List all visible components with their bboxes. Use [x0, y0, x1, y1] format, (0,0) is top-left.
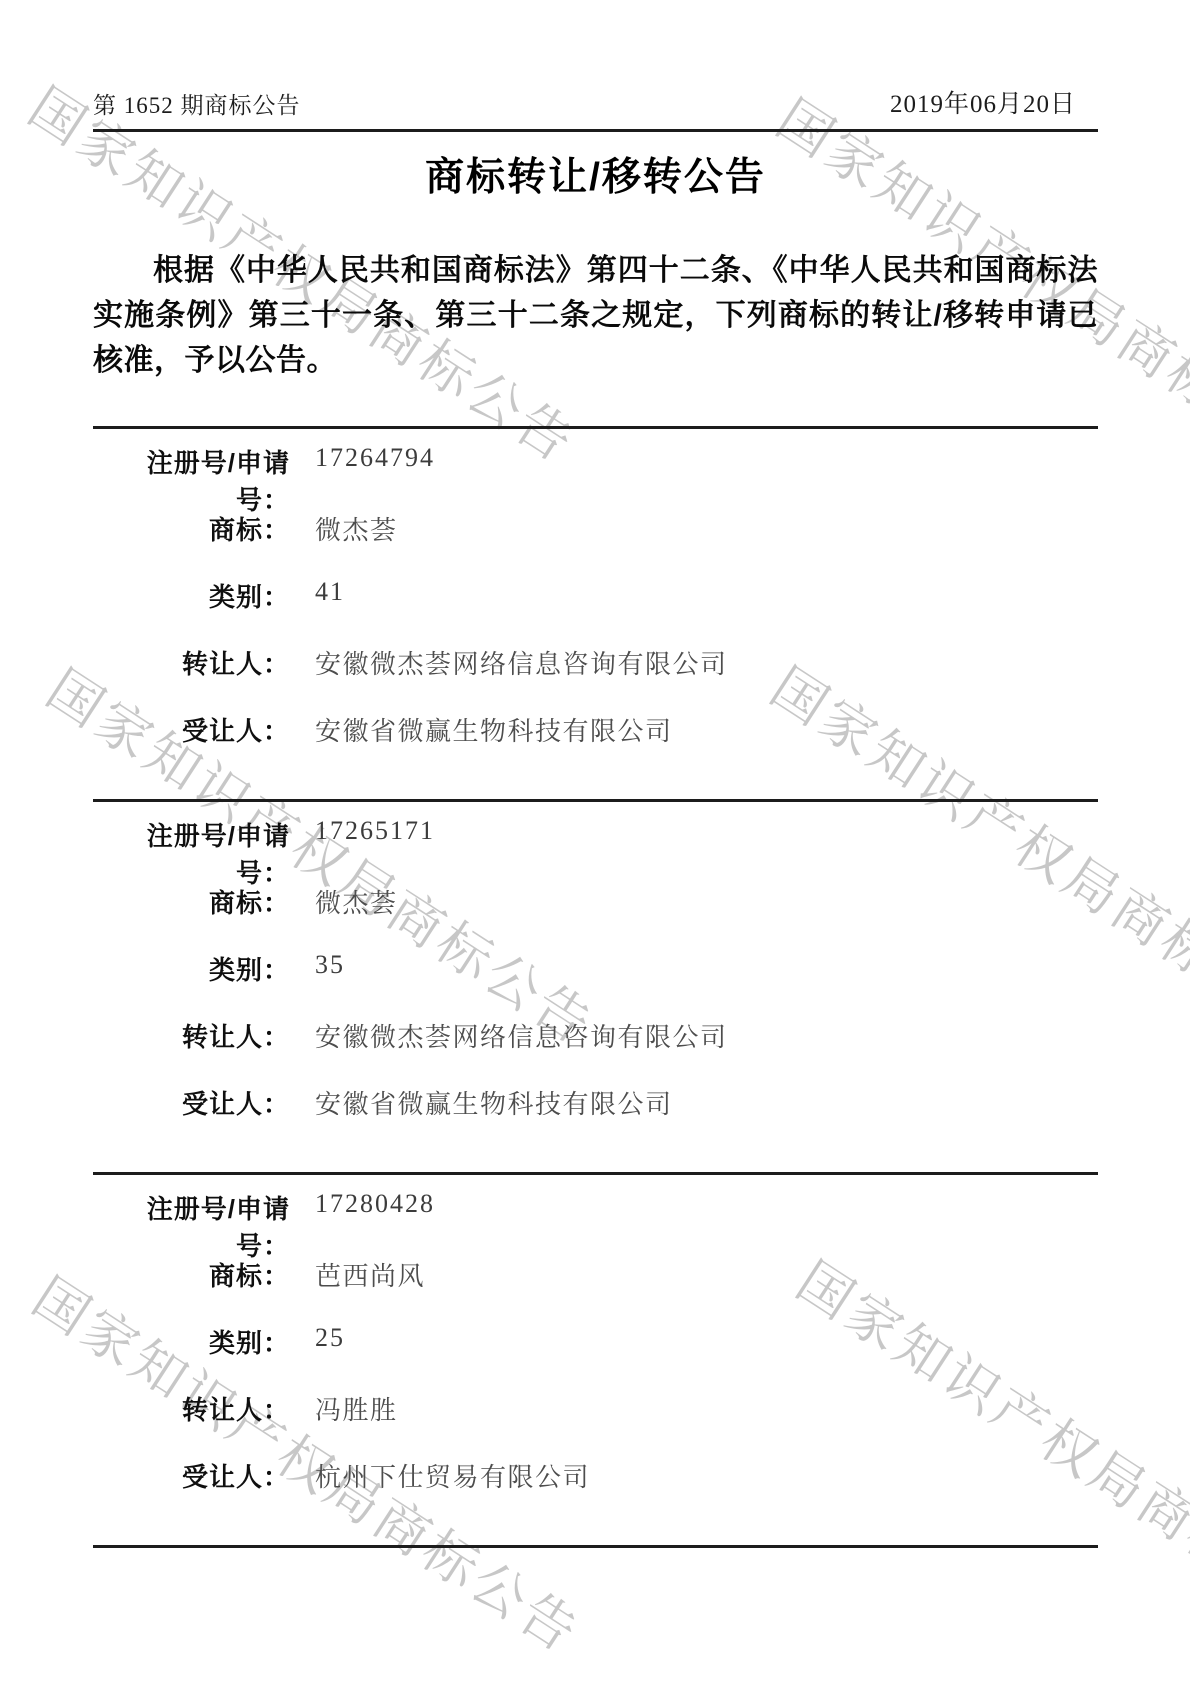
field-label: 受让人： [93, 711, 290, 748]
field-label: 类别： [93, 950, 290, 987]
field-row-reg-no: 注册号/申请号： 17265171 [93, 816, 1098, 883]
page-header: 第 1652 期商标公告 2019年06月20日 [93, 0, 1098, 120]
field-row-class: 类别： 35 [93, 950, 1098, 1017]
page-content: 第 1652 期商标公告 2019年06月20日 商标转让/移转公告 根据《中华… [0, 0, 1190, 1548]
issue-number: 第 1652 期商标公告 [93, 87, 301, 120]
field-label: 商标： [93, 1256, 290, 1293]
field-label: 注册号/申请号： [93, 443, 290, 517]
field-label: 类别： [93, 1323, 290, 1360]
field-label: 商标： [93, 883, 290, 920]
field-value-assignee: 安徽省微赢生物科技有限公司 [315, 711, 673, 748]
field-row-class: 类别： 41 [93, 577, 1098, 644]
field-row-reg-no: 注册号/申请号： 17264794 [93, 443, 1098, 510]
field-value-reg-no: 17265171 [315, 816, 435, 846]
field-row-assignor: 转让人： 安徽微杰荟网络信息咨询有限公司 [93, 644, 1098, 711]
field-row-assignor: 转让人： 安徽微杰荟网络信息咨询有限公司 [93, 1017, 1098, 1084]
publication-date: 2019年06月20日 [890, 84, 1098, 120]
intro-paragraph: 根据《中华人民共和国商标法》第四十二条、《中华人民共和国商标法实施条例》第三十一… [93, 248, 1098, 383]
field-label: 受让人： [93, 1084, 290, 1121]
field-row-assignee: 受让人： 安徽省微赢生物科技有限公司 [93, 1084, 1098, 1151]
field-value-class: 35 [315, 950, 345, 980]
field-row-reg-no: 注册号/申请号： 17280428 [93, 1189, 1098, 1256]
field-label: 商标： [93, 510, 290, 547]
field-value-trademark: 微杰荟 [315, 510, 398, 547]
field-value-assignee: 安徽省微赢生物科技有限公司 [315, 1084, 673, 1121]
field-value-class: 25 [315, 1323, 345, 1353]
field-label: 转让人： [93, 1017, 290, 1054]
trademark-record: 注册号/申请号： 17264794 商标： 微杰荟 类别： 41 转让人： 安徽… [93, 426, 1098, 799]
field-value-reg-no: 17280428 [315, 1189, 435, 1219]
field-value-assignor: 冯胜胜 [315, 1390, 398, 1427]
field-value-assignee: 杭州下仕贸易有限公司 [315, 1457, 590, 1494]
field-value-trademark: 芭西尚风 [315, 1256, 425, 1293]
field-label: 注册号/申请号： [93, 1189, 290, 1263]
trademark-record: 注册号/申请号： 17280428 商标： 芭西尚风 类别： 25 转让人： 冯… [93, 1172, 1098, 1545]
field-row-class: 类别： 25 [93, 1323, 1098, 1390]
field-row-trademark: 商标： 微杰荟 [93, 510, 1098, 577]
field-label: 类别： [93, 577, 290, 614]
field-value-trademark: 微杰荟 [315, 883, 398, 920]
gazette-page: 国家知识产权局商标公告 国家知识产权局商标公告 国家知识产权局商标公告 国家知识… [0, 0, 1190, 1698]
field-label: 注册号/申请号： [93, 816, 290, 890]
field-row-trademark: 商标： 芭西尚风 [93, 1256, 1098, 1323]
field-label: 转让人： [93, 644, 290, 681]
bottom-divider [93, 1545, 1098, 1548]
field-value-assignor: 安徽微杰荟网络信息咨询有限公司 [315, 644, 728, 681]
page-title: 商标转让/移转公告 [93, 146, 1098, 202]
field-value-class: 41 [315, 577, 345, 607]
field-row-trademark: 商标： 微杰荟 [93, 883, 1098, 950]
field-label: 受让人： [93, 1457, 290, 1494]
field-value-reg-no: 17264794 [315, 443, 435, 473]
field-row-assignee: 受让人： 杭州下仕贸易有限公司 [93, 1457, 1098, 1524]
header-divider [93, 129, 1098, 132]
field-row-assignee: 受让人： 安徽省微赢生物科技有限公司 [93, 711, 1098, 778]
field-label: 转让人： [93, 1390, 290, 1427]
field-row-assignor: 转让人： 冯胜胜 [93, 1390, 1098, 1457]
record-list: 注册号/申请号： 17264794 商标： 微杰荟 类别： 41 转让人： 安徽… [93, 426, 1098, 1548]
field-value-assignor: 安徽微杰荟网络信息咨询有限公司 [315, 1017, 728, 1054]
trademark-record: 注册号/申请号： 17265171 商标： 微杰荟 类别： 35 转让人： 安徽… [93, 799, 1098, 1172]
